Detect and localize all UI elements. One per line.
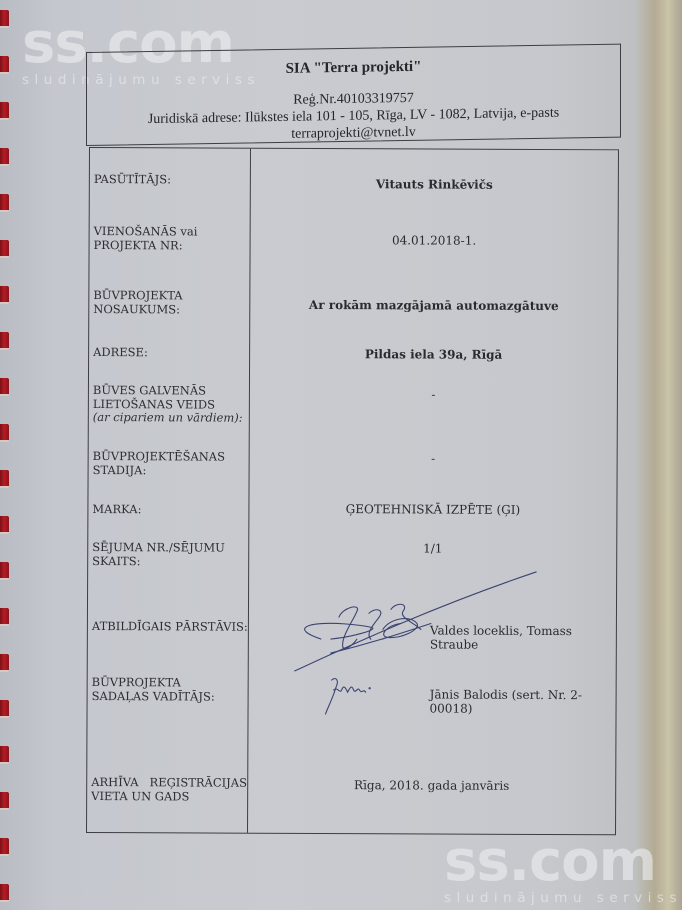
spiral-binding (0, 0, 14, 910)
watermark-tagline: sludinājumu serviss (444, 892, 682, 906)
watermark-logo: ss.com (444, 834, 682, 890)
label-volume: SĒJUMA NR./SĒJUMU SKAITS: (92, 541, 248, 569)
binding-ring (0, 654, 9, 672)
binding-ring (0, 562, 9, 580)
binding-ring (0, 884, 9, 902)
label-line: SADAĻAS VADĪTĀJS: (92, 690, 248, 704)
binding-ring (0, 240, 9, 258)
value-address: Pildas iela 39a, Rīgā (250, 347, 617, 363)
binding-ring (0, 194, 9, 212)
label-line: ARHĪVA REĢISTRĀCIJAS (91, 776, 247, 790)
label-section-head: BŪVPROJEKTA SADAĻAS VADĪTĀJS: (92, 676, 248, 704)
label-line: VIETA UN GADS (91, 790, 247, 804)
binding-ring (0, 838, 9, 856)
label-line: PROJEKTA NR: (94, 239, 250, 253)
label-building-use: BŪVES GALVENĀS LIETOŠANAS VEIDS (ar cipa… (93, 384, 249, 425)
label-line: BŪVPROJEKTĒŠANAS (93, 450, 249, 464)
binding-ring (0, 56, 9, 74)
label-project-number: VIENOŠANĀS vai PROJEKTA NR: (94, 225, 250, 253)
label-line: SKAITS: (92, 555, 248, 569)
label-line: NOSAUKUMS: (93, 303, 249, 317)
value-project-number: 04.01.2018-1. (251, 233, 618, 249)
binding-ring (0, 148, 9, 166)
value-archive-registration: Rīga, 2018. gada janvāris (248, 778, 615, 794)
label-responsible-representative: ATBILDĪGAIS PĀRSTĀVIS: (92, 620, 248, 634)
label-line: VIENOŠANĀS vai (94, 225, 250, 239)
binding-ring (0, 102, 9, 120)
value-project-name: Ar rokām mazgājamā automazgātuve (250, 298, 617, 314)
label-line: SĒJUMA NR./SĒJUMU (92, 541, 248, 555)
binding-ring (0, 700, 9, 718)
binding-ring (0, 516, 9, 534)
binding-ring (0, 746, 9, 764)
binding-ring (0, 378, 9, 396)
label-mark: MARKA: (92, 503, 248, 517)
value-mark: ĢEOTEHNISKĀ IZPĒTE (ĢI) (249, 502, 616, 518)
label-line: STADIJA: (93, 464, 249, 478)
value-design-stage: - (250, 451, 617, 467)
project-info-table: PASŪTĪTĀJS: Vitauts Rinkēvičs VIENOŠANĀS… (86, 147, 619, 835)
signature-representative (291, 567, 541, 678)
company-header: SIA "Terra projekti" Reģ.Nr.40103319757 … (86, 44, 621, 146)
value-client: Vitauts Rinkēvičs (251, 177, 618, 193)
label-line: BŪVPROJEKTA (92, 676, 248, 690)
binding-ring (0, 792, 9, 810)
value-section-head: Jānis Balodis (sert. Nr. 2-00018) (430, 687, 616, 716)
binding-ring (0, 10, 9, 28)
label-line: BŪVES GALVENĀS (93, 384, 249, 398)
value-volume: 1/1 (249, 541, 616, 557)
binding-ring (0, 424, 9, 442)
watermark-bottom: ss.com sludinājumu serviss (444, 834, 682, 906)
signature-section-head (322, 674, 382, 719)
label-design-stage: BŪVPROJEKTĒŠANAS STADIJA: (93, 450, 249, 478)
value-building-use: - (250, 387, 617, 403)
label-client: PASŪTĪTĀJS: (94, 173, 250, 187)
label-note: (ar cipariem un vārdiem): (93, 410, 243, 425)
company-name: SIA "Terra projekti" (87, 56, 620, 81)
label-line: BŪVPROJEKTA (93, 289, 249, 303)
binding-ring (0, 470, 9, 488)
binding-ring (0, 332, 9, 350)
binding-ring (0, 286, 9, 304)
label-project-name: BŪVPROJEKTA NOSAUKUMS: (93, 289, 249, 317)
label-archive-registration: ARHĪVA REĢISTRĀCIJAS VIETA UN GADS (91, 776, 247, 804)
label-address: ADRESE: (93, 346, 249, 360)
binding-ring (0, 608, 9, 626)
